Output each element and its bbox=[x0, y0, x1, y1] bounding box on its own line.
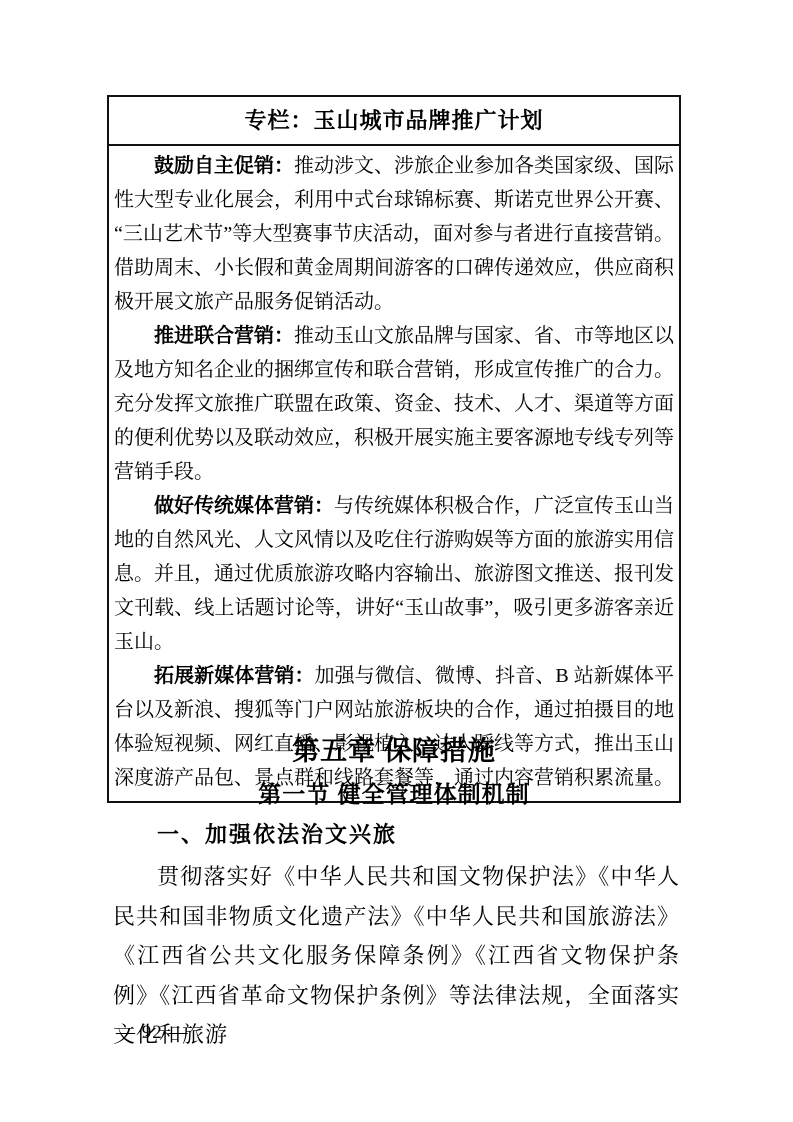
callout-paragraph: 鼓励自主促销：推动涉文、涉旅企业参加各类国家级、国际性大型专业化展会，利用中式台… bbox=[114, 149, 674, 319]
callout-title: 专栏：玉山城市品牌推广计划 bbox=[109, 97, 679, 146]
callout-paragraph: 拓展新媒体营销：加强与微信、微博、抖音、B 站新媒体平台以及新浪、搜狐等门户网站… bbox=[114, 659, 674, 795]
body-paragraph: 贯彻落实好《中华人民共和国文物保护法》《中华人民共和国非物质文化遗产法》《中华人… bbox=[113, 857, 680, 1055]
subsection-heading: 一、加强依法治文兴旅 bbox=[113, 819, 680, 851]
paragraph-text: 与传统媒体积极合作，广泛宣传玉山当地的自然风光、人文风情以及吃住行游购娱等方面的… bbox=[114, 495, 674, 653]
callout-paragraph: 推进联合营销：推动玉山文旅品牌与国家、省、市等地区以及地方知名企业的捆绑宣传和联… bbox=[114, 319, 674, 489]
document-page: 专栏：玉山城市品牌推广计划 鼓励自主促销：推动涉文、涉旅企业参加各类国家级、国际… bbox=[0, 0, 793, 1122]
chapter-heading: 第五章 保障措施 bbox=[107, 735, 681, 767]
callout-paragraph: 做好传统媒体营销：与传统媒体积极合作，广泛宣传玉山当地的自然风光、人文风情以及吃… bbox=[114, 489, 674, 659]
paragraph-lead: 拓展新媒体营销： bbox=[154, 665, 315, 687]
paragraph-lead: 推进联合营销： bbox=[154, 325, 294, 347]
paragraph-lead: 鼓励自主促销： bbox=[154, 155, 294, 177]
paragraph-text: 推动玉山文旅品牌与国家、省、市等地区以及地方知名企业的捆绑宣传和联合营销，形成宣… bbox=[114, 325, 674, 483]
callout-body: 鼓励自主促销：推动涉文、涉旅企业参加各类国家级、国际性大型专业化展会，利用中式台… bbox=[109, 146, 679, 801]
paragraph-text: 推动涉文、涉旅企业参加各类国家级、国际性大型专业化展会，利用中式台球锦标赛、斯诺… bbox=[114, 155, 674, 313]
page-number: — 92 — bbox=[116, 1022, 189, 1044]
section-heading: 第一节 健全管理体制机制 bbox=[107, 779, 681, 809]
paragraph-lead: 做好传统媒体营销： bbox=[154, 495, 334, 517]
promo-plan-callout-box: 专栏：玉山城市品牌推广计划 鼓励自主促销：推动涉文、涉旅企业参加各类国家级、国际… bbox=[107, 95, 681, 803]
